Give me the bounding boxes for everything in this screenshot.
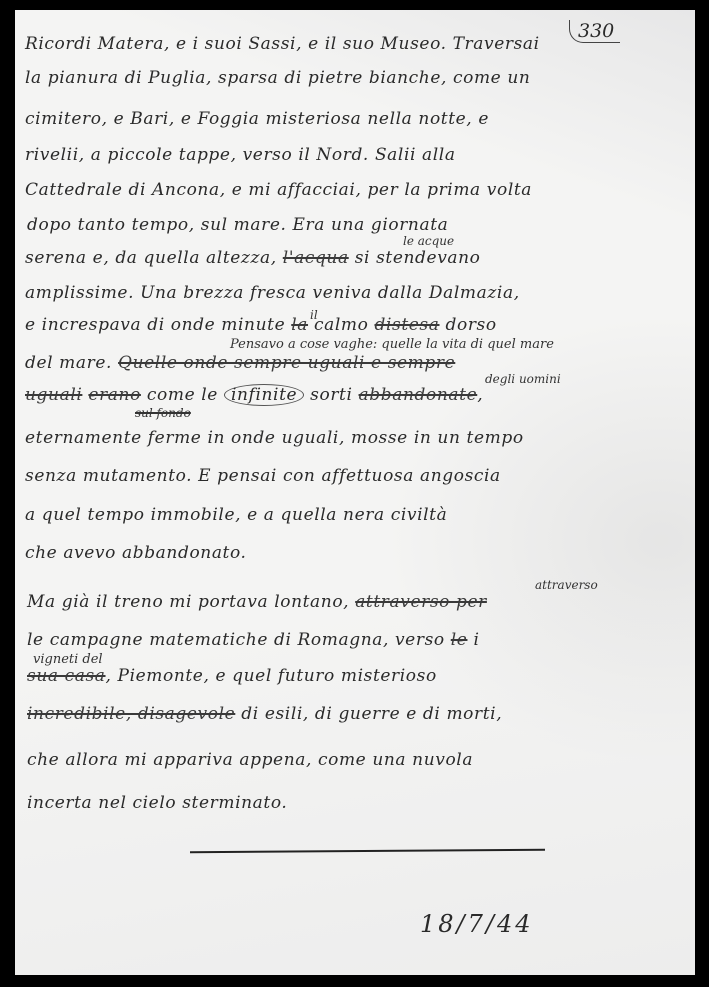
- manuscript-line: rivelii, a piccole tappe, verso il Nord.…: [25, 147, 456, 164]
- line-text: e increspava di onde minute: [25, 315, 291, 335]
- closing-rule-divider: [190, 849, 545, 853]
- struck-text: distesa: [375, 315, 440, 335]
- line-text: dopo tanto tempo, sul mare. Era una gior…: [27, 215, 448, 235]
- struck-insertion: sul fondo: [135, 406, 191, 420]
- manuscript-line: senza mutamento. E pensai con affettuosa…: [25, 468, 501, 485]
- manuscript-line: e increspava di onde minute la calmo dis…: [25, 317, 497, 334]
- manuscript-line: cimitero, e Bari, e Foggia misteriosa ne…: [25, 111, 489, 128]
- manuscript-line: incredibile, disagevole di esili, di gue…: [27, 706, 502, 723]
- line-text: eternamente ferme in onde uguali, mosse …: [25, 428, 524, 448]
- manuscript-line: Ricordi Matera, e i suoi Sassi, e il suo…: [25, 36, 540, 53]
- struck-text: le: [451, 630, 468, 650]
- struck-text: incredibile, disagevole: [27, 704, 235, 724]
- interlinear-insertion: le acque: [403, 234, 454, 248]
- struck-text: Quelle onde sempre uguali e sempre: [118, 353, 455, 373]
- line-text: del mare.: [25, 353, 118, 373]
- line-text: ,: [477, 385, 483, 405]
- struck-text: erano: [88, 385, 141, 405]
- line-text: che avevo abbandonato.: [25, 543, 247, 563]
- manuscript-line: a quel tempo immobile, e a quella nera c…: [25, 507, 447, 524]
- manuscript-line: Cattedrale di Ancona, e mi affacciai, pe…: [25, 182, 532, 199]
- line-text: che allora mi appariva appena, come una …: [27, 750, 473, 770]
- line-text: rivelii, a piccole tappe, verso il Nord.…: [25, 145, 456, 165]
- line-text: Ricordi Matera, e i suoi Sassi, e il suo…: [25, 34, 540, 54]
- struck-text: per: [450, 592, 487, 612]
- struck-text: sua casa: [27, 666, 106, 686]
- struck-text: attraverso: [355, 592, 450, 612]
- manuscript-line: che avevo abbandonato.: [25, 545, 247, 562]
- manuscript-line: che allora mi appariva appena, come una …: [27, 752, 473, 769]
- line-text: incerta nel cielo sterminato.: [27, 793, 287, 813]
- circled-text: infinite: [224, 384, 304, 406]
- line-text: a quel tempo immobile, e a quella nera c…: [25, 505, 447, 525]
- line-text: le campagne matematiche di Romagna, vers…: [27, 630, 451, 650]
- struck-text: la: [291, 315, 308, 335]
- manuscript-line: le campagne matematiche di Romagna, vers…: [27, 632, 480, 649]
- line-text: Cattedrale di Ancona, e mi affacciai, pe…: [25, 180, 532, 200]
- line-text: serena e, da quella altezza,: [25, 248, 283, 268]
- line-text: sorti: [304, 385, 358, 405]
- manuscript-line: Ma già il treno mi portava lontano, attr…: [27, 594, 487, 611]
- line-text: senza mutamento. E pensai con affettuosa…: [25, 466, 501, 486]
- line-text: si stendevano: [349, 248, 481, 268]
- manuscript-line: uguali erano come le infinite sorti abba…: [25, 387, 483, 404]
- line-text: di esili, di guerre e di morti,: [235, 704, 502, 724]
- line-text: Ma già il treno mi portava lontano,: [27, 592, 355, 612]
- struck-text: abbandonate: [359, 385, 478, 405]
- interlinear-insertion: degli uomini: [485, 372, 561, 386]
- page-number: 330: [569, 20, 620, 43]
- manuscript-line: amplissime. Una brezza fresca veniva dal…: [25, 285, 520, 302]
- line-text: come le: [141, 385, 224, 405]
- line-text: calmo: [308, 315, 374, 335]
- line-text: la pianura di Puglia, sparsa di pietre b…: [25, 68, 530, 88]
- manuscript-page: 330 Ricordi Matera, e i suoi Sassi, e il…: [15, 10, 695, 975]
- line-text: dorso: [440, 315, 497, 335]
- line-text: , Piemonte, e quel futuro misterioso: [106, 666, 437, 686]
- manuscript-line: incerta nel cielo sterminato.: [27, 795, 287, 812]
- manuscript-line: serena e, da quella altezza, l'acqua si …: [25, 250, 481, 267]
- line-text: i: [467, 630, 479, 650]
- struck-text: l'acqua: [283, 248, 349, 268]
- interlinear-insertion: vigneti del: [33, 652, 103, 667]
- line-text: cimitero, e Bari, e Foggia misteriosa ne…: [25, 109, 489, 129]
- date-signature: 18/7/44: [420, 910, 534, 938]
- manuscript-line: eternamente ferme in onde uguali, mosse …: [25, 430, 524, 447]
- manuscript-line: la pianura di Puglia, sparsa di pietre b…: [25, 70, 530, 87]
- manuscript-line: del mare. Quelle onde sempre uguali e se…: [25, 355, 455, 372]
- line-text: amplissime. Una brezza fresca veniva dal…: [25, 283, 520, 303]
- manuscript-line: sua casa, Piemonte, e quel futuro mister…: [27, 668, 437, 685]
- interlinear-insertion: Pensavo a cose vaghe: quelle la vita di …: [230, 337, 554, 352]
- manuscript-line: dopo tanto tempo, sul mare. Era una gior…: [27, 217, 448, 234]
- interlinear-insertion: attraverso: [535, 578, 598, 592]
- struck-text: uguali: [25, 385, 82, 405]
